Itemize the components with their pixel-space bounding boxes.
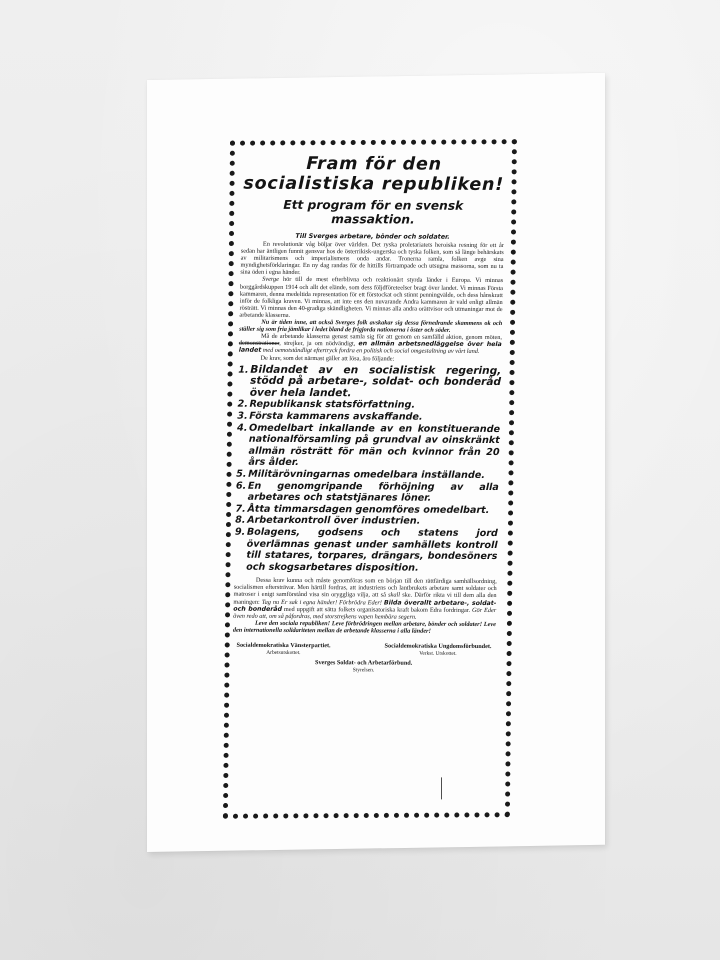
poster-content: Fram för den socialistiska republiken! E… <box>229 152 506 809</box>
demand-number: 5. <box>236 469 247 481</box>
paragraph-lead-word: Sverge <box>262 276 279 283</box>
demand-number: 4. <box>237 422 248 434</box>
demand-number: 3. <box>237 411 248 423</box>
greeting: Till Sverges arbetare, bönder och soldat… <box>241 232 504 241</box>
demand-text: Bildandet av en socialistisk regering, s… <box>250 364 502 400</box>
signature-right: Socialdemokratiska Ungdomsförbundet. Ver… <box>384 643 491 658</box>
demand-text: En genomgripande förhöjning av alla arbe… <box>248 480 499 505</box>
signature-center: Sverges Soldat- och Arbetarförbund. Styr… <box>232 659 495 674</box>
poster: Fram för den socialistiska republiken! E… <box>147 73 605 852</box>
paragraph-leve: Leve den sociala republiken! Leve förbrö… <box>233 620 496 636</box>
paragraph-sverige-text: hör till de mest efterblivna och reaktio… <box>239 276 503 319</box>
signature-unit: Styrelsen. <box>232 667 495 674</box>
demand-number: 9. <box>235 527 246 539</box>
demand-text: Bolagens, godsens och statens jord överl… <box>246 527 498 575</box>
signature-org: Socialdemokratiska Ungdomsförbundet. <box>385 643 492 651</box>
demand-number: 7. <box>235 503 246 515</box>
demand-number: 2. <box>237 399 248 411</box>
demand-item: 6.En genomgripande förhöjning av alla ar… <box>236 480 499 505</box>
ink-mark <box>441 777 442 799</box>
demand-number: 8. <box>235 515 246 527</box>
signature-org: Sverges Soldat- och Arbetarförbund. <box>232 659 495 667</box>
paragraph-intro: En revolutionär våg böljar över världen.… <box>240 241 504 278</box>
paragraph-demands-intro: De krav, som det närmast gäller att lösa… <box>238 354 501 362</box>
signature-unit: Verkst. Utskottet. <box>384 651 491 658</box>
demand-text: Omedelbart inkallande av en konstitueran… <box>248 422 500 470</box>
demand-number: 1. <box>238 364 249 376</box>
paragraph-call-to-action: Må de arbetande klasserna genast samla s… <box>239 333 502 356</box>
demands-list: 1.Bildandet av en socialistisk regering,… <box>234 364 501 574</box>
demand-number: 6. <box>236 480 247 492</box>
signature-unit: Arbetsutskottet. <box>236 650 330 656</box>
paragraph-sverige: Sverge hör till de mest efterblivna och … <box>239 276 503 320</box>
signature-org: Socialdemokratiska Vänsterpartiet. <box>236 642 330 649</box>
paragraph-closing: Dessa krav kunna och måste genomföras so… <box>233 577 497 621</box>
poster-subtitle: Ett program för en svensk massaktion. <box>241 198 505 227</box>
demand-item: 1.Bildandet av en socialistisk regering,… <box>238 364 502 400</box>
poster-title: Fram för den socialistiska republiken! <box>242 154 506 195</box>
paragraph-nu-ar-tiden: Nu är tiden inne, att också Sverges folk… <box>239 319 502 335</box>
demand-item: 9.Bolagens, godsens och statens jord öve… <box>234 527 498 575</box>
demand-item: 4.Omedelbart inkallande av en konstituer… <box>236 422 500 470</box>
signature-left: Socialdemokratiska Vänsterpartiet. Arbet… <box>236 642 330 656</box>
dotted-border-frame: Fram för den socialistiska republiken! E… <box>223 139 517 819</box>
signatures-row: Socialdemokratiska Vänsterpartiet. Arbet… <box>232 642 495 657</box>
closing-skall: skall <box>388 592 400 599</box>
